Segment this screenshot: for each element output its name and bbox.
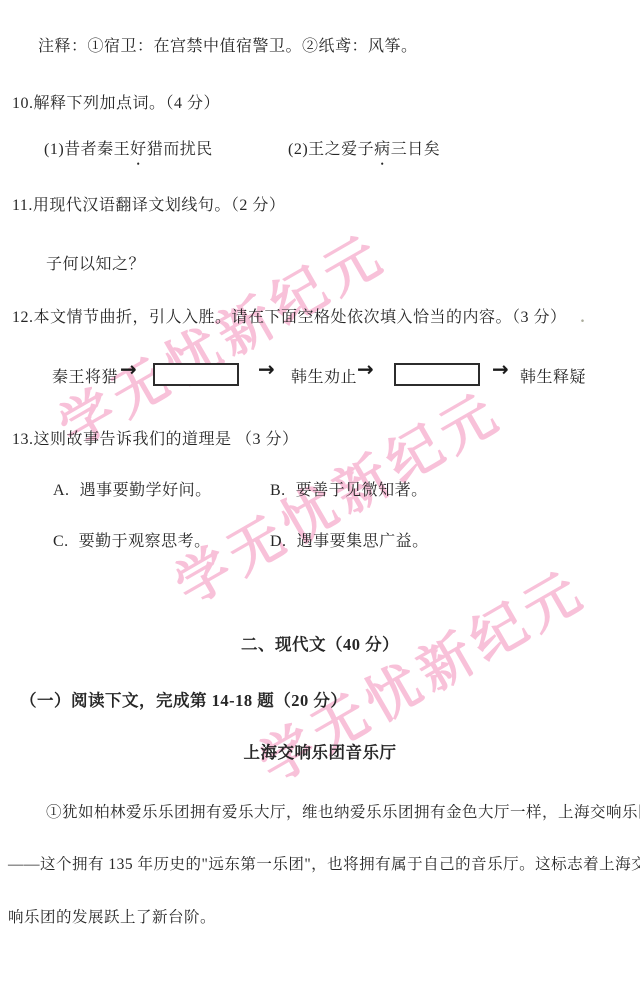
stray-period-mark: . bbox=[581, 309, 586, 326]
option-c-text: 要勤于观察思考。 bbox=[79, 533, 211, 550]
option-c-label: C. bbox=[53, 533, 69, 550]
item-2-pre: (2)王之爱子 bbox=[288, 141, 374, 158]
option-b-label: B. bbox=[270, 482, 286, 499]
paragraph-line-1: ①犹如柏林爱乐乐团拥有爱乐大厅，维也纳爱乐乐团拥有金色大厅一样，上海交响乐团 bbox=[46, 800, 640, 822]
question-13-heading: 13.这则故事告诉我们的道理是 （3 分） bbox=[12, 426, 299, 449]
option-d-label: D. bbox=[270, 533, 287, 550]
annotation-note: 注释：①宿卫：在宫禁中值宿警卫。②纸鸢：风筝。 bbox=[38, 33, 418, 56]
item-1-post: 猎而扰民 bbox=[147, 141, 213, 158]
item-1-pre: (1)昔者秦王 bbox=[44, 141, 130, 158]
item-2-post: 三日矣 bbox=[391, 141, 441, 158]
option-c: C.要勤于观察思考。 bbox=[53, 528, 211, 551]
answer-blank-box-2[interactable] bbox=[394, 363, 480, 386]
flow-arrow-icon: → bbox=[492, 357, 509, 381]
flow-arrow-icon: → bbox=[258, 357, 275, 381]
section-2-title: 二、现代文（40 分） bbox=[0, 631, 640, 655]
question-10-heading: 10.解释下列加点词。（4 分） bbox=[12, 90, 220, 113]
section-2-part-heading: （一）阅读下文，完成第 14-18 题（20 分） bbox=[20, 687, 347, 711]
question-11-heading: 11.用现代汉语翻译文划线句。（2 分） bbox=[12, 192, 285, 215]
option-a: A.遇事要勤学好问。 bbox=[53, 477, 212, 500]
article-title: 上海交响乐团音乐厅 bbox=[0, 739, 640, 763]
flow-arrow-icon: → bbox=[357, 357, 374, 381]
question-10-item-2: (2)王之爱子病三日矣 bbox=[288, 136, 440, 159]
paragraph-line-2: ——这个拥有 135 年历史的"远东第一乐团"，也将拥有属于自己的音乐厅。这标志… bbox=[8, 852, 640, 874]
emphasis-dotted-char: 病 bbox=[374, 136, 391, 159]
emphasis-dotted-char: 好 bbox=[130, 136, 147, 159]
flow-step-hansheng-shiyi: 韩生释疑 bbox=[520, 364, 586, 387]
option-d: D.遇事要集思广益。 bbox=[270, 528, 429, 551]
question-11-sentence: 子何以知之？ bbox=[46, 251, 145, 274]
option-a-text: 遇事要勤学好问。 bbox=[80, 482, 212, 499]
exam-paper-page: 学无忧新纪元 学无忧新纪元 学无忧新纪元 注释：①宿卫：在宫禁中值宿警卫。②纸鸢… bbox=[0, 0, 640, 984]
paragraph-line-3: 响乐团的发展跃上了新台阶。 bbox=[8, 905, 216, 927]
option-a-label: A. bbox=[53, 482, 70, 499]
option-d-text: 遇事要集思广益。 bbox=[297, 533, 429, 550]
exam-content: 注释：①宿卫：在宫禁中值宿警卫。②纸鸢：风筝。 10.解释下列加点词。（4 分）… bbox=[0, 0, 640, 984]
option-b-text: 要善于见微知著。 bbox=[296, 482, 428, 499]
question-10-item-1: (1)昔者秦王好猎而扰民 bbox=[44, 136, 213, 159]
flow-arrow-icon: → bbox=[120, 357, 137, 381]
question-12-heading: 12.本文情节曲折，引人入胜。请在下面空格处依次填入恰当的内容。（3 分）. bbox=[12, 304, 585, 327]
option-b: B.要善于见微知著。 bbox=[270, 477, 428, 500]
flow-step-hansheng-quanzhi: 韩生劝止 bbox=[291, 364, 357, 387]
flow-step-qinwang-jianglie: 秦王将猎 bbox=[52, 364, 118, 387]
answer-blank-box-1[interactable] bbox=[153, 363, 239, 386]
